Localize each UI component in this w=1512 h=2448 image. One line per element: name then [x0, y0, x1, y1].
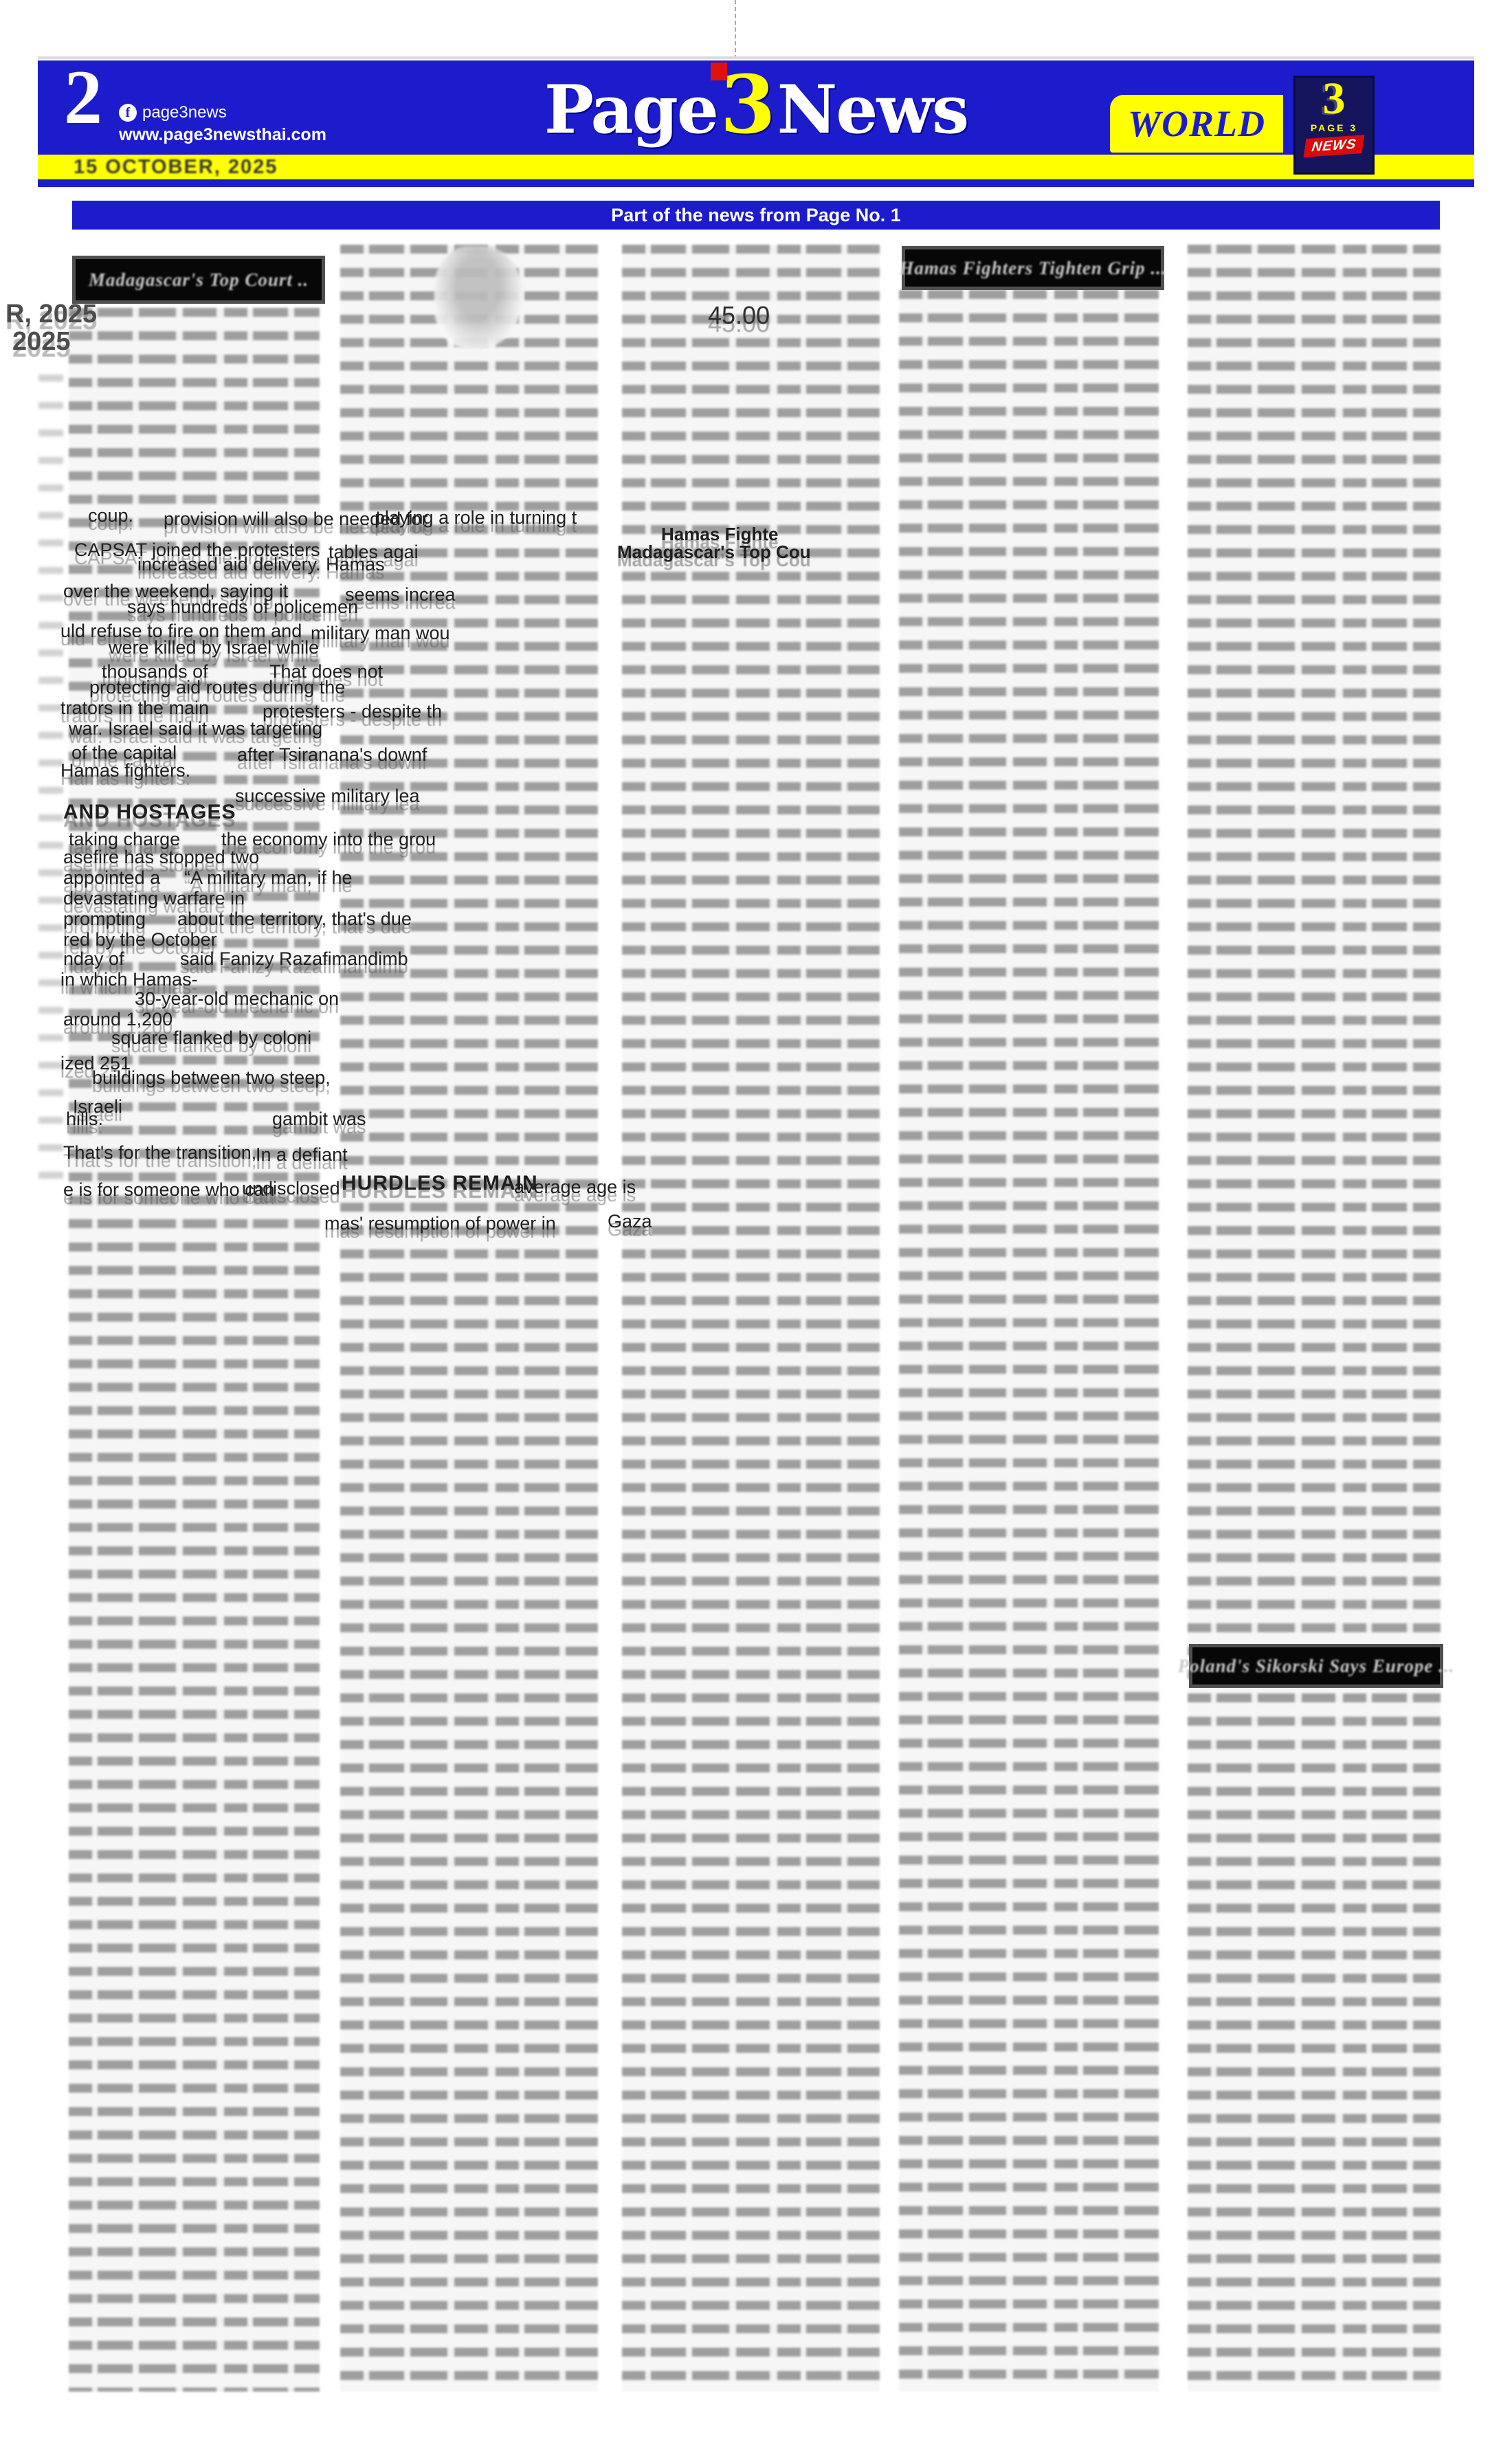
text-fragment: appointed a: [63, 867, 160, 889]
text-fragment: “A military man, if he: [184, 867, 353, 889]
text-fragment: 2025: [12, 327, 71, 357]
text-fragment: coup.: [88, 505, 133, 526]
text-fragment: R, 2025: [5, 300, 97, 329]
text-fragment: says hundreds of policemen: [127, 597, 358, 618]
text-fragment: were killed by Israel while: [109, 637, 319, 658]
text-fragment: in which Hamas-: [60, 969, 198, 990]
text-fragment: seems increa: [345, 584, 456, 605]
text-fragment: after Tsiranana's downf: [237, 744, 427, 766]
text-fragment: protecting aid routes during the: [89, 677, 345, 698]
text-fragment: trators in the main: [60, 698, 209, 719]
text-fragment: 30-year-old mechanic on: [135, 988, 339, 1010]
text-fragment: playing a role in turning t: [375, 507, 577, 528]
text-fragment: successive military lea: [235, 786, 420, 807]
text-fragment: war. Israel said it was targeting: [69, 718, 322, 739]
text-fragment: AND HOSTAGES: [63, 801, 236, 824]
text-fragment: square flanked by coloni: [111, 1027, 311, 1049]
text-fragment: mas' resumption of power in: [324, 1213, 556, 1234]
text-fragment: said Fanizy Razafimandimb: [180, 948, 408, 970]
text-fragment: Hamas fighters.: [60, 760, 190, 781]
newspaper-page: 2 f page3news www.page3newsthai.com Page…: [0, 0, 1512, 2448]
text-fragment: gambit was: [272, 1109, 366, 1130]
text-fragment: buildings between two steep,: [92, 1067, 331, 1089]
text-fragment: red by the October: [63, 929, 217, 950]
text-fragment: nday of: [63, 948, 124, 970]
text-fragment: undisclosed: [242, 1178, 340, 1199]
text-fragment: devastating warfare in: [63, 888, 245, 909]
overlay-fragments-layer: R, 2025202545.00Hamas FighteMadagascar's…: [0, 0, 1512, 2448]
text-fragment: hills.: [66, 1109, 103, 1130]
text-fragment: That's for the transition,: [63, 1142, 256, 1164]
text-fragment: Gaza: [608, 1211, 652, 1232]
text-fragment: average age is: [514, 1177, 636, 1198]
text-fragment: In a defiant: [256, 1144, 348, 1166]
text-fragment: about the territory, that's due: [177, 909, 412, 930]
text-fragment: prompting: [63, 909, 146, 930]
text-fragment: asefire has stopped two: [63, 847, 259, 868]
text-fragment: HURDLES REMAIN: [342, 1172, 538, 1195]
text-fragment: increased aid delivery. Hamas: [137, 554, 385, 575]
text-fragment: military man wou: [311, 623, 450, 644]
text-fragment: 45.00: [708, 301, 770, 330]
text-fragment: Madagascar's Top Cou: [617, 542, 811, 563]
